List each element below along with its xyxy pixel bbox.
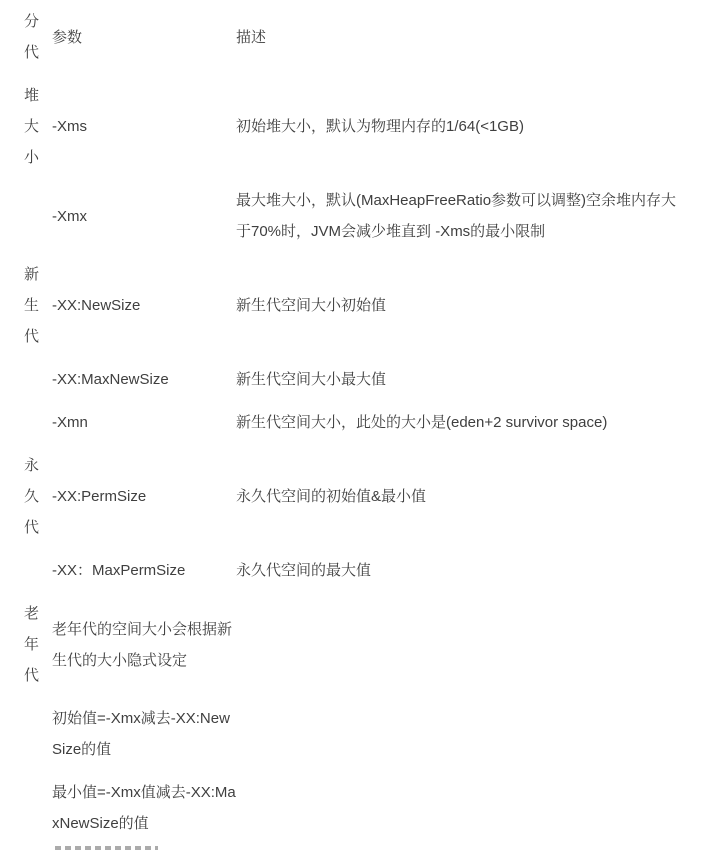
header-parameter: 参数 [52,0,236,74]
table-row: -Xmn 新生代空间大小，此处的大小是(eden+2 survivor spac… [24,401,690,444]
table-header-row: 分代 参数 描述 [24,0,690,74]
cell-parameter: 最小值=-Xmx值减去-XX:MaxNewSize的值 [52,771,236,845]
clipped-next-row-text [55,846,158,850]
param-table-body: 堆大小 -Xms 初始堆大小，默认为物理内存的1/64(<1GB) -Xmx 最… [24,74,690,845]
jvm-param-table: 分代 参数 描述 堆大小 -Xms 初始堆大小，默认为物理内存的1/64(<1G… [24,0,690,845]
cell-description [236,592,690,697]
table-row: 最小值=-Xmx值减去-XX:MaxNewSize的值 [24,771,690,845]
cell-generation: 新生代 [24,253,52,358]
cell-description [236,697,690,771]
cell-parameter: -XX:MaxNewSize [52,358,236,401]
table-row: 堆大小 -Xms 初始堆大小，默认为物理内存的1/64(<1GB) [24,74,690,179]
table-row: 新生代 -XX:NewSize 新生代空间大小初始值 [24,253,690,358]
cell-parameter: -Xms [52,74,236,179]
table-row: -XX:MaxNewSize 新生代空间大小最大值 [24,358,690,401]
cell-parameter: 老年代的空间大小会根据新生代的大小隐式设定 [52,592,236,697]
cell-generation: 永久代 [24,444,52,549]
cell-generation [24,549,52,592]
table-row: -Xmx 最大堆大小，默认(MaxHeapFreeRatio参数可以调整)空余堆… [24,179,690,253]
cell-description: 新生代空间大小最大值 [236,358,690,401]
table-row: 老年代 老年代的空间大小会根据新生代的大小隐式设定 [24,592,690,697]
cell-parameter: -XX：MaxPermSize [52,549,236,592]
table-row: 初始值=-Xmx减去-XX:NewSize的值 [24,697,690,771]
cell-description [236,771,690,845]
cell-parameter: -Xmx [52,179,236,253]
cell-generation [24,697,52,771]
cell-parameter: -XX:PermSize [52,444,236,549]
cell-generation [24,771,52,845]
cell-description: 最大堆大小，默认(MaxHeapFreeRatio参数可以调整)空余堆内存大于7… [236,179,690,253]
table-row: -XX：MaxPermSize 永久代空间的最大值 [24,549,690,592]
cell-generation: 老年代 [24,592,52,697]
cell-parameter: -XX:NewSize [52,253,236,358]
cell-generation [24,179,52,253]
cell-generation [24,358,52,401]
cell-parameter: 初始值=-Xmx减去-XX:NewSize的值 [52,697,236,771]
cell-generation [24,401,52,444]
cell-description: 新生代空间大小初始值 [236,253,690,358]
cell-description: 新生代空间大小，此处的大小是(eden+2 survivor space) [236,401,690,444]
cell-description: 初始堆大小，默认为物理内存的1/64(<1GB) [236,74,690,179]
cell-description: 永久代空间的初始值&最小值 [236,444,690,549]
cell-parameter: -Xmn [52,401,236,444]
cell-description: 永久代空间的最大值 [236,549,690,592]
header-generation: 分代 [24,0,52,74]
table-row: 永久代 -XX:PermSize 永久代空间的初始值&最小值 [24,444,690,549]
header-description: 描述 [236,0,690,74]
cell-generation: 堆大小 [24,74,52,179]
